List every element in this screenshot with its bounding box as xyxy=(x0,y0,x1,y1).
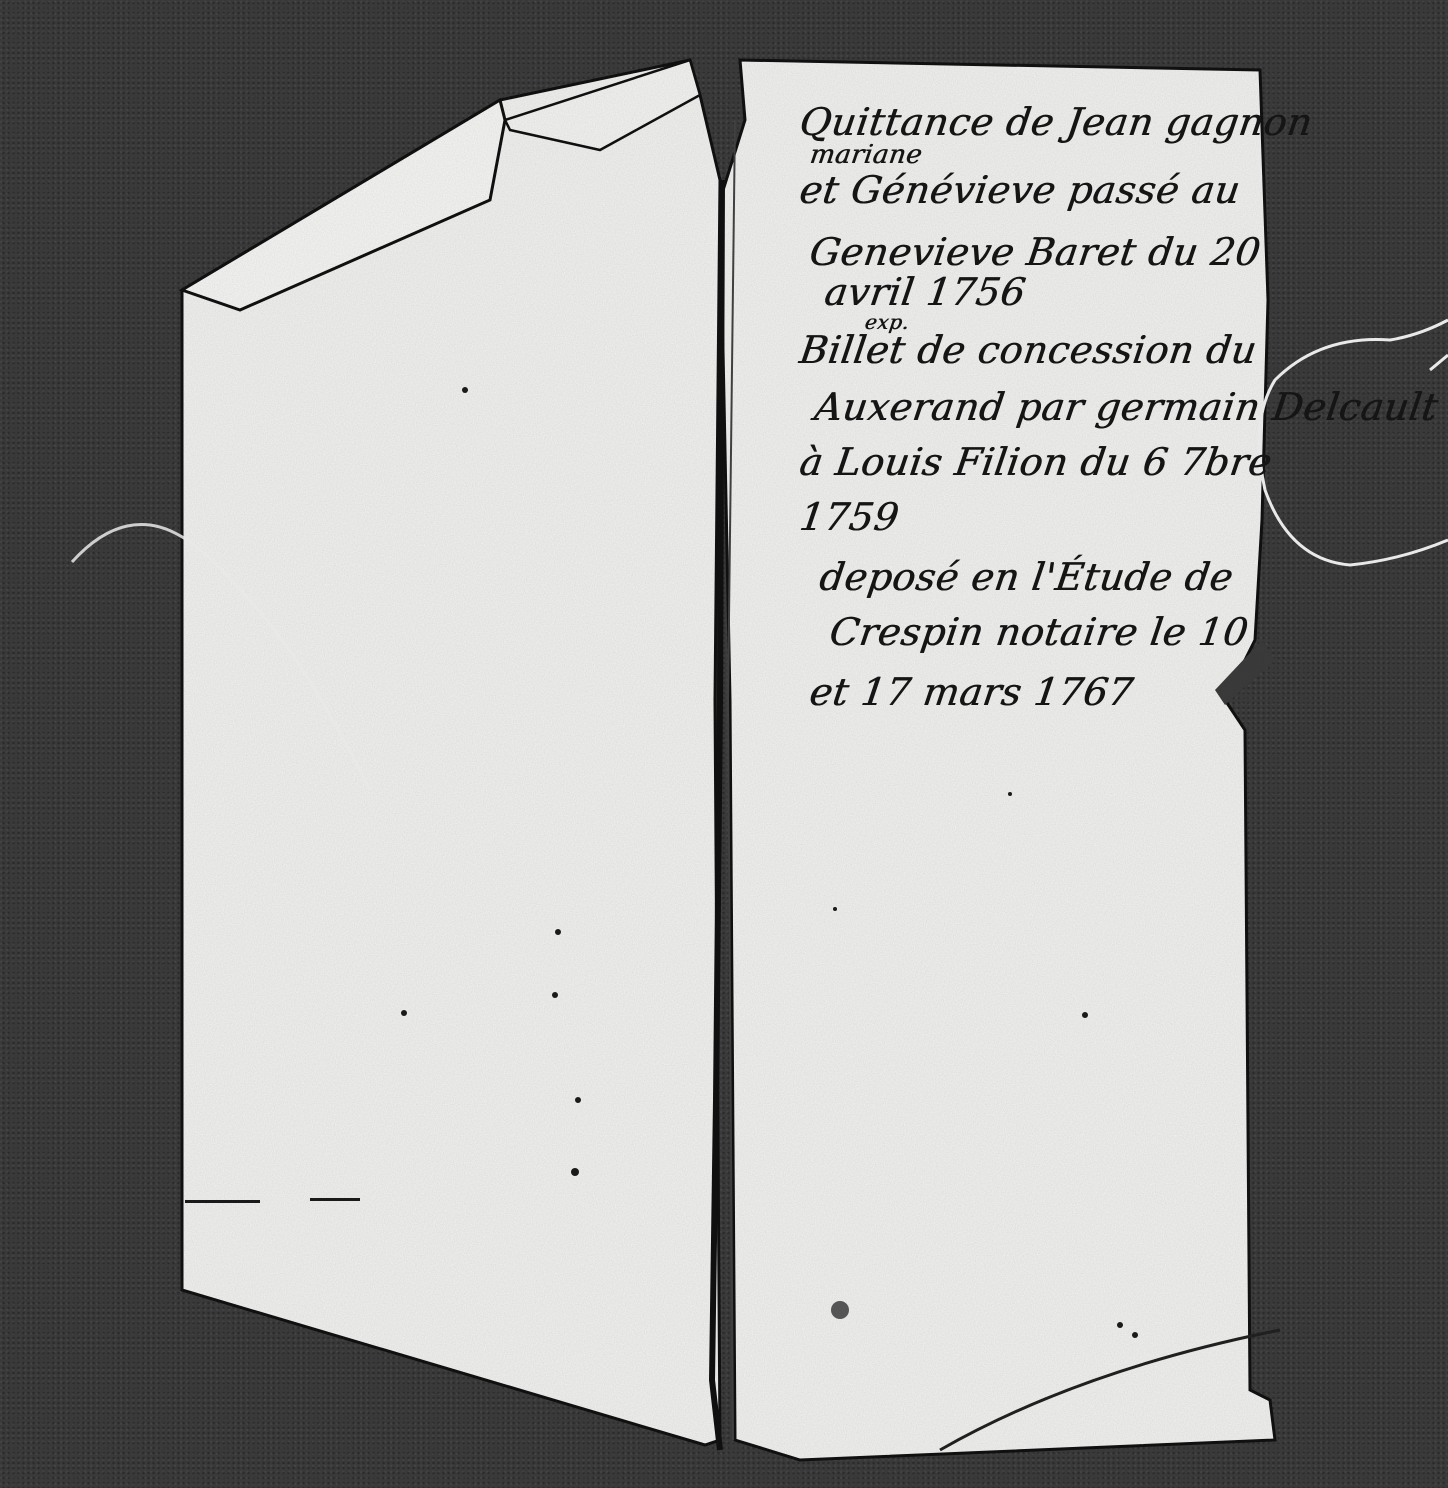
annotation-line-7: Billet de concession du xyxy=(797,328,1260,372)
annotation-line-3: et Génévieve passé au xyxy=(797,168,1243,212)
annotation-line-1: Quittance de Jean gagnon xyxy=(797,100,1315,144)
annotation-line-4: Genevieve Baret du 20 xyxy=(807,230,1263,274)
annotation-line-8: Auxerand par germain Delcault xyxy=(812,385,1441,429)
annotation-line-5: avril 1756 xyxy=(822,270,1029,314)
scanned-document xyxy=(0,0,1448,1488)
annotation-line-2: mariane xyxy=(808,140,924,170)
annotation-line-12: Crespin notaire le 10 xyxy=(827,610,1251,654)
annotation-line-10: 1759 xyxy=(797,495,902,539)
annotation-line-9: à Louis Filion du 6 7bre xyxy=(797,440,1275,484)
annotation-line-11: deposé en l'Étude de xyxy=(817,555,1236,599)
annotation-line-13: et 17 mars 1767 xyxy=(807,670,1136,714)
